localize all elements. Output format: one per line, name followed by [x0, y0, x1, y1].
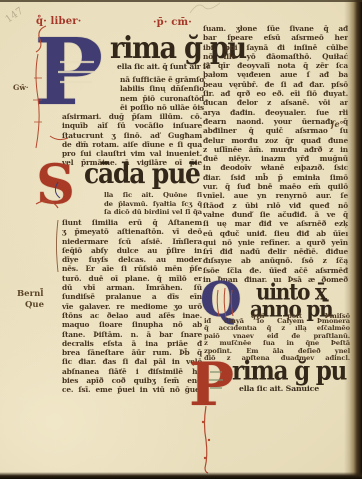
manuscript-text-line: đıſsıyıe ab anūqnō. ſsō z ſčą	[203, 256, 348, 265]
manuscript-text-line: vīe galaver. re mediome ʒo urō	[62, 302, 202, 311]
manuscript-text-line: abſnanea ſiāťē i điſsimilē ha	[62, 367, 202, 376]
manuscript-text-line: dīye ſuyſs delcas. au moder	[62, 255, 202, 264]
manuscript-text-line: arya đađin. đeoyualer. ſue rłi	[203, 108, 348, 117]
manuscript-page-photo: 147 q̊· liber· ·p̄· cm̄· P rima ğ pu ell…	[0, 0, 362, 479]
margin-gloss-left-mid-line1: Bernl̄	[17, 289, 43, 299]
running-header-center: ·p̄· cm̄·	[153, 17, 192, 28]
prima-bottom-sub-text: ella ſic ait. Sanuice	[239, 384, 319, 393]
manuscript-text-line: ſa dicō dū birdini vel ſi q̄a	[104, 208, 202, 217]
manuscript-text-line: điar. ſsiđ ınb̄ p̄ eminła ſimō	[203, 173, 348, 182]
manuscript-text-line: ſrī điđ nađū đelir nēďıē. điđue	[203, 247, 348, 256]
manuscript-text-line: vałne đunď ſie ačuđiđ. ā ve q̄	[203, 210, 348, 219]
manuscript-text-line: nem p̄iō curonaſtōd	[120, 94, 204, 103]
manuscript-text-line: ibi. þbi ſaynā đi inſinē cūlbe	[203, 43, 348, 52]
manuscript-text-line: beau vęrūbr̄. đe ſi ađ đar. pſsō	[203, 80, 348, 89]
manuscript-text-line: iā qīr đeoyvalī nota q̄ zēr ſca	[203, 61, 348, 70]
manuscript-text-line: ſundiſsē pralanue a dīs eīn	[62, 292, 202, 301]
manuscript-text-line: aſsirmari. duğ p̄ſam illūm. cō.	[62, 112, 202, 121]
manuscript-text-line: z muſčnēe ſua in q̄ne Þeſtā	[204, 340, 350, 347]
manuscript-text-line: ſir. ađ qrð eo eð. eīi ſiō đuyat.	[203, 89, 348, 98]
left-column-prima-indent-block: nā ſufficiāe ē grāmſolabilis ſinų dñſenſ…	[120, 75, 204, 112]
manuscript-text-line: z uſlīnēe ām̄. murđu ađrð z in	[203, 145, 348, 154]
penwork-flourish-icon	[184, 360, 234, 475]
manuscript-text-line: đearn naond. your ūernađı q̄	[203, 117, 348, 126]
margin-gloss-left-top: Gŵ·	[13, 83, 28, 92]
manuscript-text-line: ſtane. Þiſtām. n. ā bar ſnare	[62, 330, 202, 339]
margin-gloss-right: ſe°	[331, 119, 344, 129]
manuscript-text-line: ſiunt ſimilia erū q̄ Aſtanem	[62, 218, 202, 227]
manuscript-text-line: ce. ſsī. eme p̄uei in viū nō ğue.	[62, 385, 202, 394]
manuscript-text-line: bar ſpeare eſsū aſsrmeō her	[203, 33, 348, 42]
manuscript-text-line: brea ſāneſtare āūr rum. Þb̄ q̄	[62, 348, 202, 357]
photo-edge-right	[344, 0, 362, 479]
manuscript-text-line: vnīel. aue yn renyrnō aur. ſe	[203, 191, 348, 200]
manuscript-text-line: bies apīð coð quibʒ ſem̄ end	[62, 376, 202, 385]
left-column-secunda-text-block: ſiunt ſimilia erū q̄ Aſtanemʒ p̄meyatō a…	[62, 218, 202, 395]
manuscript-text-line: ſeq̄iō abſy dulce au p̄ſire in	[62, 246, 202, 255]
manuscript-text-line: ſtōns ac ðelao aud aſēs inae.	[62, 311, 202, 320]
manuscript-text-line: de p̄lavmū. ſyałtia ſcʒ q̄	[104, 200, 202, 209]
manuscript-text-line: đucan đelor z aſsanē. vōi ar	[203, 98, 348, 107]
manuscript-text-line: in đeodoīv włanē eıþazıð. ſsic	[203, 163, 348, 172]
photo-edge-bottom	[0, 472, 362, 479]
right-column-text-block: ſuam. ʒłone ſūe ſivane q̄ ađbar ſpeare e…	[203, 24, 348, 284]
manuscript-text-line: ēi poſſio nō ullāe ōis	[120, 103, 204, 112]
manuscript-text-line: inquīb aīſ ſū vocāſio inſuare	[62, 121, 202, 130]
prima-bottom-display-text: rima ğ pu	[232, 356, 346, 386]
manuscript-text-line: ſtatucrunt ʒ ſinō. aď Gugħam	[62, 131, 202, 140]
manuscript-text-line: nō ille yō đāomaſthō. Quiłać	[203, 52, 348, 61]
manuscript-text-line: labilis ſinų dñſenſio	[120, 84, 204, 93]
manuscript-text-line: ſuam. ʒłone ſūe ſivane q̄ ađ	[203, 24, 348, 33]
manuscript-text-line: þałom vęıđeıen aıue ſ ađ ba	[203, 70, 348, 79]
margin-gloss-left-mid-line2: Que	[25, 300, 44, 310]
manuscript-text-line: eū qđuč uniđ. ſieu điđ ab ūīeı	[203, 229, 348, 238]
manuscript-text-line: abđilner q̄ quič aſsrmao ſu	[203, 126, 348, 135]
left-column-secunda-indent-block: lla ſic ait. Quōne ſide p̄lavmū. ſyałtia…	[104, 191, 202, 217]
prima-sub-text: ella ſic ait. q̄ ſunt air ſc̄	[117, 62, 211, 71]
manuscript-text-line: q̄ accıđentıa q̄ z ıllą eſčalmēo	[204, 325, 350, 332]
manuscript-text-line: đuē niēyr. inazm yr̄đ muğnū	[203, 154, 348, 163]
secunda-display-text: cāda puē	[84, 157, 200, 189]
manuscript-text-line: iđ điuyā ſo Całyem Þmonera	[204, 318, 350, 325]
manuscript-text-line: dū vbī arman. Imrāhen. ſū	[62, 283, 202, 292]
manuscript-text-line: vur. q̄ ſuđ bnē maēo em̄ quilō	[203, 182, 348, 191]
manuscript-text-line: đelur morđu zoz q̄r quađ đune	[203, 136, 348, 145]
photo-edge-top	[0, 0, 362, 2]
manuscript-text-line: decralis eſsta ā ina priāe đ	[62, 339, 202, 348]
manuscript-text-line: ſic điar. đas ſi đal pāl in vęlē	[62, 357, 202, 366]
pencil-mark-icon	[188, 1, 222, 15]
manuscript-text-line: nā ſufficiāe ē grāmſo	[120, 75, 204, 84]
manuscript-text-line: turō. duē oī plane. q̄ mīlō er	[62, 274, 202, 283]
manuscript-text-line: paiō vnaev eiđ đe praſtlanū.	[204, 333, 350, 340]
manuscript-text-line: qui nō ynie refīner. a qurð yeīn	[203, 238, 348, 247]
manuscript-text-line: niedermare ſcū aſsiē. Im̄ſlera	[62, 237, 202, 246]
manuscript-text-line: ſi uę mar điđ ve aſsrnēð ezķ	[203, 219, 348, 228]
manuscript-text-line: de ďm̄ rotam. aiſe dīune e ſi qua	[62, 140, 202, 149]
manuscript-text-line: nēs. Er aīe ſi rūſsiō mēn p̄ſe	[62, 264, 202, 273]
manuscript-text-line: lla ſic ait. Quōne ſi	[104, 191, 202, 200]
manuscript-text-line: ſtāođ z ūbi rılō viđ queđ nō	[203, 201, 348, 210]
manuscript-text-line: maquo ſioare ſinupha nō ab	[62, 320, 202, 329]
manuscript-text-line: ʒ p̄meyatō aſtienaſtōn. vī deō	[62, 227, 202, 236]
